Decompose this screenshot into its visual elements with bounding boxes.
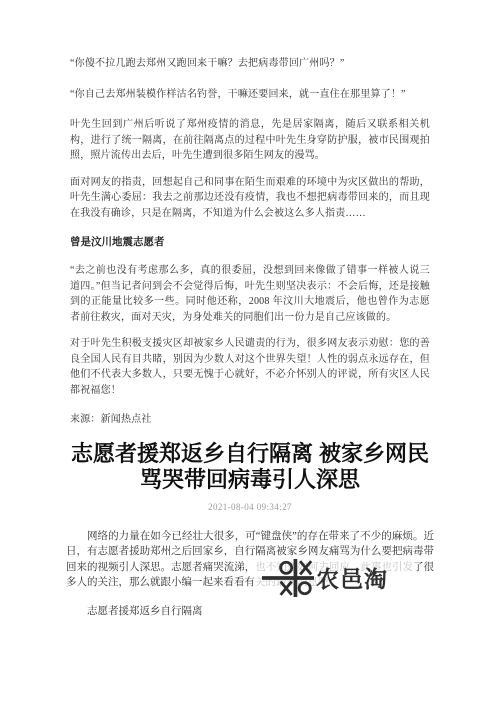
image-caption: 志愿者援郑返乡自行隔离 xyxy=(66,604,434,620)
paragraph-4: 对于叶先生积极支援灾区却被家乡人民谴责的行为，很多网友表示劝慰：您的善良全国人民… xyxy=(70,336,430,398)
paragraph-1: 叶先生回到广州后听说了郑州疫情的消息，先是居家隔离，随后又联系相关机构，进行了统… xyxy=(70,117,430,164)
paragraph-3: “去之前也没有考虑那么多，真的很委屈，没想到回来像做了错事一样被人说三道四。”但… xyxy=(70,263,430,325)
article-page: “你傻不拉几跑去郑州又跑回来干嘛？去把病毒带回广州吗？” “你自己去郑州装模作样… xyxy=(0,0,500,708)
lead-paragraph-wrap: 网络的力量在如今已经壮大很多，可“键盘侠”的存在带来了不少的麻烦。近日，有志愿者… xyxy=(66,529,434,591)
paragraph-segment: 关的最新消息吧。 xyxy=(255,577,339,588)
paragraph-2: 面对网友的指责，回想起自己和同事在陌生而艰难的环境中为灾区做出的帮助，叶先生满心… xyxy=(70,175,430,222)
source-line: 来源：新闻热点社 xyxy=(70,412,430,428)
paragraph-segment: 也不知道如何去回应，此事也引发 xyxy=(255,562,413,573)
article-top-section: “你傻不拉几跑去郑州又跑回来干嘛？去把病毒带回广州吗？” “你自己去郑州装模作样… xyxy=(0,0,500,428)
article-bottom-section: 志愿者援郑返乡自行隔离 被家乡网民骂哭带回病毒引人深思 2021-08-04 0… xyxy=(0,441,500,620)
article-headline: 志愿者援郑返乡自行隔离 被家乡网民骂哭带回病毒引人深思 xyxy=(66,441,434,493)
quote-line-1: “你傻不拉几跑去郑州又跑回来干嘛？去把病毒带回广州吗？” xyxy=(70,56,430,72)
timestamp: 2021-08-04 09:34:27 xyxy=(66,502,434,512)
quote-line-2: “你自己去郑州装模作样沽名钓誉，干嘛还要回来，就一直住在那里算了！” xyxy=(70,87,430,103)
subheading: 曾是汶川地震志愿者 xyxy=(70,234,430,249)
lead-paragraph: 网络的力量在如今已经壮大很多，可“键盘侠”的存在带来了不少的麻烦。近日，有志愿者… xyxy=(66,529,434,591)
